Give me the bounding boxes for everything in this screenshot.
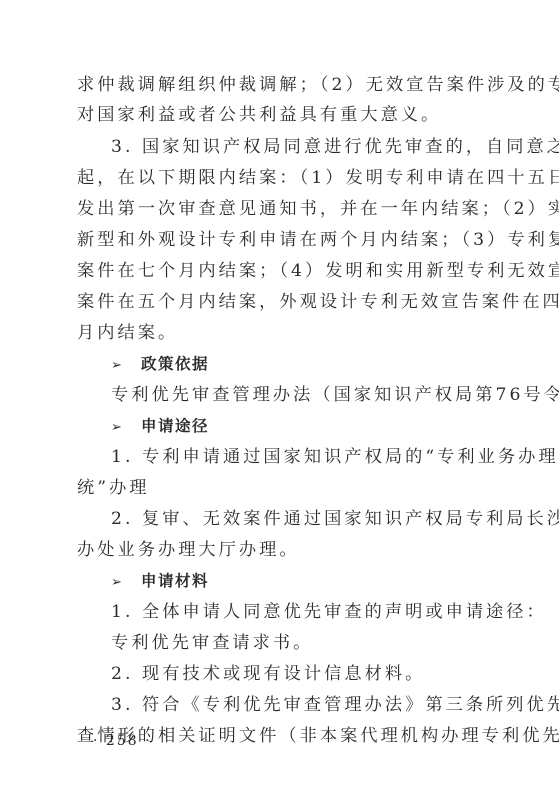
paragraph-line: 发出第一次审查意见通知书，并在一年内结案；（2）实用	[77, 194, 559, 224]
page-number: · 258 ·	[93, 733, 152, 749]
list-item-line: 3. 符合《专利优先审查管理办法》第三条所列优先审	[111, 690, 559, 720]
paragraph-line: 新型和外观设计专利申请在两个月内结案；（3）专利复审	[77, 225, 559, 255]
paragraph-line: 3. 国家知识产权局同意进行优先审查的，自同意之日	[111, 132, 559, 162]
paragraph-line: 案件在五个月内结案，外观设计专利无效宣告案件在四个	[77, 287, 559, 317]
list-item-line: 专利优先审查请求书。	[111, 628, 313, 658]
paragraph-line: 求仲裁调解组织仲裁调解；（2）无效宣告案件涉及的专利	[77, 70, 559, 100]
arrow-bullet-icon: ➢	[111, 568, 141, 598]
section-heading-application-channel: ➢申请途径	[111, 411, 209, 441]
paragraph-line: 起，在以下期限内结案：（1）发明专利申请在四十五日内	[77, 163, 559, 193]
heading-text: 申请材料	[141, 572, 209, 590]
policy-basis-text: 专利优先审查管理办法（国家知识产权局第76号令）	[111, 380, 559, 410]
list-item-line: 1. 全体申请人同意优先审查的声明或申请途径：	[111, 597, 547, 627]
list-item-line: 统”办理	[77, 473, 150, 503]
paragraph-line: 月内结案。	[77, 318, 178, 348]
arrow-bullet-icon: ➢	[111, 413, 141, 443]
section-heading-application-materials: ➢申请材料	[111, 566, 209, 596]
list-item-line: 1. 专利申请通过国家知识产权局的“专利业务办理系	[111, 442, 559, 472]
paragraph-line: 对国家利益或者公共利益具有重大意义。	[77, 100, 441, 130]
list-item-line: 办处业务办理大厅办理。	[77, 535, 300, 565]
list-item-line: 2. 现有技术或现有设计信息材料。	[111, 659, 425, 689]
arrow-bullet-icon: ➢	[111, 351, 141, 381]
section-heading-policy-basis: ➢政策依据	[111, 349, 209, 379]
paragraph-line: 案件在七个月内结案；（4）发明和实用新型专利无效宣告	[77, 256, 559, 286]
heading-text: 政策依据	[141, 355, 209, 373]
heading-text: 申请途径	[141, 417, 209, 435]
list-item-line: 2. 复审、无效案件通过国家知识产权局专利局长沙代	[111, 504, 559, 534]
